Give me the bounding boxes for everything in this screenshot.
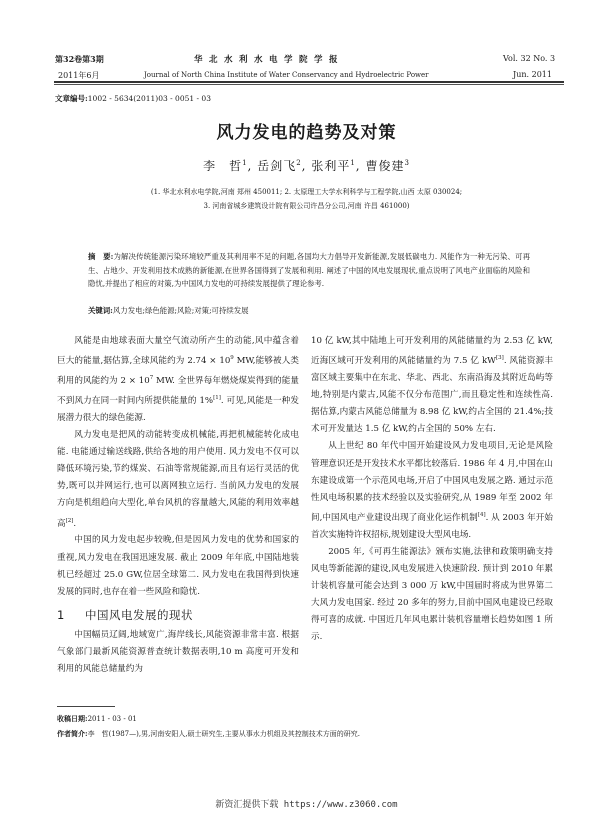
section-title: 中国风电发展的现状 bbox=[85, 608, 193, 622]
author-affiliation-mark: 1 bbox=[350, 159, 355, 167]
author-affiliation-mark: 2 bbox=[296, 159, 301, 167]
abstract-text: 为解决传统能源污染环境较严重及其利用率不足的问题,各国均大力倡导开发新能源,发展… bbox=[88, 252, 530, 288]
keywords: 关键词:风力发电;绿色能源;风险;对策;可持续发展 bbox=[88, 305, 530, 316]
header-journal-en: Journal of North China Institute of Wate… bbox=[144, 71, 429, 79]
header-volume-cn: 第32卷第3期 bbox=[55, 54, 104, 65]
footnote-author: 作者简介:李 哲(1987—),男,河南安阳人,硕士研究生,主要从事水力机组及其… bbox=[57, 729, 360, 739]
received-label: 收稿日期: bbox=[57, 714, 88, 723]
section-heading: 1中国风电发展的现状 bbox=[57, 607, 299, 624]
download-watermark: 新资汇提供下载 https://www.z3060.com bbox=[0, 797, 613, 810]
keywords-label: 关键词: bbox=[88, 306, 113, 315]
header-volume-en: Vol. 32 No. 3 bbox=[503, 54, 555, 63]
author-affiliation-mark: 3 bbox=[404, 159, 409, 167]
header-journal-cn: 华北水利水电学院学报 bbox=[194, 53, 344, 65]
body-column-right: 10 亿 kW,其中陆地上可开发利用的风能储量约为 2.53 亿 kW,近海区域… bbox=[311, 333, 553, 646]
section-number: 1 bbox=[57, 607, 85, 624]
author-name: 曹俊建 bbox=[365, 159, 404, 173]
footnote-rule bbox=[57, 706, 115, 707]
text-run: . 风能资源丰富区域主要集中在东北、华北、西北、东南沿海及其附近岛屿等地,特别是… bbox=[311, 356, 553, 434]
citation-ref: [4] bbox=[478, 512, 486, 518]
citation-ref: [3] bbox=[496, 355, 504, 361]
header-date-cn: 2011年6月 bbox=[58, 70, 99, 81]
body-column-left: 风能是由地球表面大量空气流动所产生的动能,风中蕴含着巨大的能量,据估算,全球风能… bbox=[57, 333, 299, 678]
author-bio-label: 作者简介: bbox=[57, 729, 88, 738]
footnote-received: 收稿日期:2011 - 03 - 01 bbox=[57, 714, 137, 724]
author-name: 岳剑飞 bbox=[257, 159, 296, 173]
paragraph: 2005 年,《可再生能源法》颁布实施,法律和政策明确支持风电等新能源的建设,风… bbox=[311, 544, 553, 647]
author-bio-value: 李 哲(1987—),男,河南安阳人,硕士研究生,主要从事水力机组及其控制技术方… bbox=[88, 730, 360, 738]
header-rule-thin bbox=[54, 84, 564, 85]
article-number-label: 文章编号: bbox=[55, 94, 88, 103]
citation-ref: [1] bbox=[213, 395, 221, 401]
paragraph: 中国幅员辽阔,地域宽广,海岸线长,风能资源非常丰富. 根据气象部门最新风能资源普… bbox=[57, 627, 299, 678]
article-number: 文章编号:1002 - 5634(2011)03 - 0051 - 03 bbox=[55, 93, 211, 104]
author-name: 李 哲 bbox=[203, 159, 242, 173]
article-number-value: 1002 - 5634(2011)03 - 0051 - 03 bbox=[88, 94, 211, 103]
paragraph: 中国的风力发电起步较晚,但是因风力发电的优势和国家的重视,风力发电在我国迅速发展… bbox=[57, 532, 299, 600]
paragraph: 10 亿 kW,其中陆地上可开发利用的风能储量约为 2.53 亿 kW,近海区域… bbox=[311, 333, 553, 438]
abstract: 摘 要:为解决传统能源污染环境较严重及其利用率不足的问题,各国均大力倡导开发新能… bbox=[88, 250, 530, 291]
received-value: 2011 - 03 - 01 bbox=[88, 715, 137, 723]
paper-title: 风力发电的趋势及对策 bbox=[0, 118, 613, 143]
affiliation-line: (1. 华北水利水电学院,河南 郑州 450011; 2. 太原理工大学水利科学… bbox=[0, 185, 613, 199]
author-list: 李 哲1, 岳剑飞2, 张利平1, 曹俊建3 bbox=[0, 157, 613, 174]
affiliations: (1. 华北水利水电学院,河南 郑州 450011; 2. 太原理工大学水利科学… bbox=[0, 185, 613, 213]
header-date-en: Jun. 2011 bbox=[513, 70, 552, 79]
text-run: . bbox=[73, 518, 76, 528]
abstract-label: 摘 要: bbox=[88, 252, 113, 261]
paragraph: 风能是由地球表面大量空气流动所产生的动能,风中蕴含着巨大的能量,据估算,全球风能… bbox=[57, 333, 299, 427]
text-run: 风力发电是把风的动能转变成机械能,再把机械能转化成电能. 电能通过输送线路,供给… bbox=[57, 430, 299, 528]
text-run: 从上世纪 80 年代中国开始建设风力发电项目,无论是风险管理意识还是开发技术水平… bbox=[311, 441, 553, 522]
author-name: 张利平 bbox=[311, 159, 350, 173]
paragraph: 从上世纪 80 年代中国开始建设风力发电项目,无论是风险管理意识还是开发技术水平… bbox=[311, 438, 553, 543]
keywords-text: 风力发电;绿色能源;风险;对策;可持续发展 bbox=[113, 306, 249, 315]
header-rule-thick bbox=[54, 81, 564, 83]
author-affiliation-mark: 1 bbox=[242, 159, 247, 167]
paragraph: 风力发电是把风的动能转变成机械能,再把机械能转化成电能. 电能通过输送线路,供给… bbox=[57, 427, 299, 532]
affiliation-line: 3. 河南省城乡建筑设计院有限公司许昌分公司,河南 许昌 461000) bbox=[0, 199, 613, 213]
